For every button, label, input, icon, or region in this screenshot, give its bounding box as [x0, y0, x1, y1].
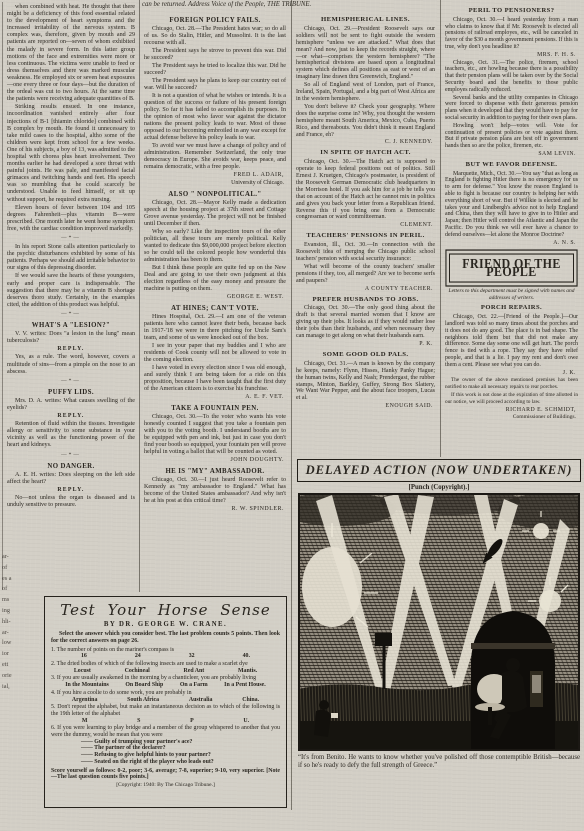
letters-column-2: FOREIGN POLICY FAILS.Chicago, Oct. 28.—T…: [140, 11, 290, 590]
quiz-option: 32: [189, 653, 195, 660]
quiz-question-text: 2. The dried bodies of which of the foll…: [51, 661, 280, 668]
article-paragraph: Why so early? Like the inspection tours …: [144, 229, 286, 264]
quiz-option: 24: [135, 653, 141, 660]
quiz-question: 5. Don't repeat the alphabet, but make a…: [51, 704, 280, 724]
article-paragraph: No—not unless the organ is diseased and …: [7, 495, 135, 509]
quiz-options-row: ArgentinaSouth AfricaAustraliaChina.: [51, 697, 280, 704]
article-paragraph: Chicago, Oct. 31.—The police, firemen, s…: [445, 60, 578, 94]
section-divider: —*—: [7, 452, 135, 459]
quiz-option: S: [137, 718, 140, 725]
cartoon-headline: DELAYED ACTION (NOW UNDERTAKEN): [297, 459, 581, 482]
chair: [530, 671, 543, 707]
article-heading: HEMISPHERICAL LINES.: [296, 17, 435, 24]
article-paragraph: So all of England west of London, part o…: [296, 82, 435, 103]
article-paragraph: V. V. writes: Does "a lesion in the lung…: [7, 331, 135, 345]
quiz-option: China.: [242, 697, 259, 704]
quiz-options-row: MSPU.: [51, 718, 280, 725]
article-paragraph: Howling won't help—votes will. Vote for …: [445, 123, 578, 150]
scan-edge-fragment: ar-: [2, 552, 42, 563]
article-paragraph: Hines Hospital, Oct. 29.—I am one of the…: [144, 314, 286, 342]
article-heading: FOREIGN POLICY FAILS.: [144, 17, 286, 24]
article-paragraph: It is not a question of what he wishes o…: [144, 93, 286, 142]
letter-signature: C. J. KENNEDY.: [296, 139, 433, 146]
quiz-options-row: 16243240.: [51, 653, 280, 660]
article-paragraph: Chicago, Oct. 30.—The only good thing ab…: [296, 305, 435, 340]
article-paragraph: Chicago, Oct. 22.—[Friend of the People.…: [445, 314, 578, 368]
letter-signature: GEORGE E. WEST.: [144, 294, 284, 301]
letter-signature: FRED L. ADAIR,: [144, 172, 284, 179]
quiz-byline: BY DR. GEORGE W. CRANE.: [51, 621, 280, 628]
quiz-question: 3. If you are usually awakened in the mo…: [51, 675, 280, 688]
reply-label: REPLY.: [7, 413, 135, 420]
scan-edge-fragment: ior: [2, 649, 42, 660]
article-paragraph: The President says he plans to keep our …: [144, 78, 286, 92]
scan-edge-fragment: low: [2, 638, 42, 649]
article-paragraph: To avoid war we must have a change of po…: [144, 143, 286, 171]
article-paragraph: Evanston, Ill., Oct. 30.—In connection w…: [296, 242, 435, 263]
article-paragraph: A. E. H. writes: Does sleeping on the le…: [7, 472, 135, 486]
scan-edge-fragment: ar-: [2, 628, 42, 639]
quiz-option: Red Ant: [183, 668, 204, 675]
article-paragraph: I have voted in every election since I w…: [144, 365, 286, 393]
quiz-option: On a Farm: [180, 682, 208, 689]
scan-edge-fragment: ial,: [2, 682, 42, 693]
quiz-question: 1. The number of points on the mariner's…: [51, 647, 280, 660]
letter-signature: RICHARD E. SCHMIDT,: [445, 407, 576, 414]
quiz-question-text: 3. If you are usually awakened in the mo…: [51, 675, 280, 682]
article-heading: SOME GOOD OLD PALS.: [296, 352, 435, 359]
letters-column-3: HEMISPHERICAL LINES.Chicago, Oct. 29.—Pr…: [292, 11, 439, 456]
quiz-instructions: Select the answer which you consider bes…: [51, 631, 280, 645]
quiz-question-text: 6. If you were learning to play bridge a…: [51, 725, 280, 738]
letter-signature: R. W. SPINDLER.: [144, 506, 284, 513]
section-divider: —*—: [7, 235, 135, 242]
cartoon-credit: [Punch (Copyright).]: [296, 484, 582, 491]
article-heading: AT HINES; CAN'T VOTE.: [144, 305, 286, 312]
letter-signature: CLEMENT.: [296, 222, 433, 229]
quiz-question: 2. The dried bodies of which of the foll…: [51, 661, 280, 674]
quiz-question-text: 4. If you hire a coolie to do some work,…: [51, 690, 280, 697]
article-paragraph: Mrs. D. A. writes: What causes swelling …: [7, 398, 135, 412]
letter-signature: JOHN DOUGHTY.: [144, 457, 284, 464]
official-reply-paragraph: The owner of the above mentioned premise…: [445, 377, 578, 391]
official-reply-paragraph: If this work is not done at the expirati…: [445, 392, 578, 406]
article-paragraph: Chicago, Oct. 31.—A man is known by the …: [296, 361, 435, 402]
scan-edge-fragment: of: [2, 563, 42, 574]
article-heading: ALSO " NONPOLITICAL.": [144, 191, 286, 198]
quiz-option: P: [190, 718, 194, 725]
reply-label: REPLY.: [7, 487, 135, 494]
quiz-suboption: —— The partner of the declarer?: [51, 745, 280, 752]
article-heading: NO DANGER.: [7, 463, 135, 470]
letter-signature: MRS. F. H. S.: [445, 52, 576, 59]
quiz-option: 40.: [243, 653, 250, 660]
article-paragraph: Yes, as a rule. The word, however, cover…: [7, 354, 135, 375]
article-paragraph: If we would save the hearts of these you…: [7, 273, 135, 308]
article-paragraph: The President says he strove to prevent …: [144, 48, 286, 62]
article-heading: PORCH REPAIRS.: [445, 305, 578, 312]
article-paragraph: Chicago, Oct. 30.—To the voter who wants…: [144, 414, 286, 456]
quiz-option: M: [82, 718, 88, 725]
cartoon-caption: “It's from Benito. He wants to know whet…: [298, 754, 580, 770]
article-heading: HE IS "MY" AMBASSADOR.: [144, 468, 286, 475]
section-divider: —*—: [7, 311, 135, 318]
article-paragraph: Striking results ensued. In one instance…: [7, 104, 135, 203]
letter-signature: SAM LEVIN.: [445, 151, 576, 158]
scan-edge-fragments: ar-ofes aofmsinghli-ar-lowiorettorieial,: [0, 552, 42, 692]
quiz-suboption: —— Guilty of trumping your partner's ace…: [51, 739, 280, 746]
quiz-options-row: In the MountainsOn Board ShipOn a FarmIn…: [51, 682, 280, 689]
article-paragraph: Retention of fluid within the tissues. I…: [7, 421, 135, 449]
quiz-options-row: LocustCochinealRed AntMantis.: [51, 668, 280, 675]
scan-edge-fragment: ett: [2, 660, 42, 671]
health-column: when combined with heat. He thought that…: [2, 2, 139, 590]
quiz-suboption: —— Refusing to give helpful hints to you…: [51, 752, 280, 759]
article-heading: IN SPITE OF HATCH ACT.: [296, 150, 435, 157]
letter-signature: A. E. F. VET.: [144, 394, 284, 401]
signature-affiliation: University of Chicago.: [144, 180, 284, 187]
letter-signature: ENOUGH SAID.: [296, 403, 433, 410]
article-paragraph: The President says he tried to localize …: [144, 63, 286, 77]
article-heading: PERIL TO PENSIONERS?: [445, 8, 578, 15]
scan-edge-fragment: ms: [2, 595, 42, 606]
article-paragraph: Chicago, Oct. 28.—The President hates wa…: [144, 26, 286, 47]
quiz-question-list: 1. The number of points on the mariner's…: [51, 647, 280, 766]
article-paragraph: Marquette, Mich., Oct. 30.—You say "that…: [445, 171, 578, 239]
quiz-copyright-line: [Copyright: 1940: By The Chicago Tribune…: [51, 782, 280, 788]
letters-column-4: PERIL TO PENSIONERS?Chicago, Oct. 30.—I …: [441, 2, 582, 456]
quiz-question: 4. If you hire a coolie to do some work,…: [51, 690, 280, 703]
quiz-suboption: —— Seated on the right of the player who…: [51, 759, 280, 766]
quiz-option: In the Mountains: [65, 682, 109, 689]
masthead-runover-line: can be returned. Address Voice of the Pe…: [142, 1, 438, 8]
quiz-option: South Africa: [127, 697, 159, 704]
scan-edge-fragment: orie: [2, 671, 42, 682]
quiz-question: 6. If you were learning to play bridge a…: [51, 725, 280, 765]
article-paragraph: I see in your paper that my buddies and …: [144, 343, 286, 364]
department-rules-note: Letters to this department must be signe…: [447, 288, 576, 302]
scan-edge-fragment: hli-: [2, 617, 42, 628]
article-heading: BUT WE FAVOR DEFENSE.: [445, 162, 578, 169]
quiz-scoring-note: Score yourself as follows: 0-2, poor; 3-…: [51, 768, 280, 781]
quiz-option: On Board Ship: [125, 682, 163, 689]
quiz-option: 16: [81, 653, 87, 660]
newspaper-page: can be returned. Address Voice of the Pe…: [0, 0, 584, 831]
article-heading: TEACHERS' PENSIONS IN PERIL.: [296, 233, 435, 240]
article-heading: TAKE A FOUNTAIN PEN.: [144, 405, 286, 412]
quiz-title: Test Your Horse Sense: [51, 601, 280, 619]
article-paragraph: What will become of the county teachers'…: [296, 264, 435, 285]
quiz-option: Australia: [189, 697, 213, 704]
letter-signature: A COUNTY TEACHER.: [296, 286, 433, 293]
scan-edge-fragment: of: [2, 584, 42, 595]
editorial-cartoon-section: DELAYED ACTION (NOW UNDERTAKEN) [Punch (…: [296, 459, 582, 770]
signature-affiliation: Commissioner of Buildings.: [445, 414, 576, 421]
night-air-raid-cartoon-illustration: [298, 493, 580, 751]
article-heading: PUFFY LIDS.: [7, 389, 135, 396]
scan-edge-fragment: ing: [2, 606, 42, 617]
article-paragraph: Chicago, Oct. 30.—I just heard Roosevelt…: [144, 477, 286, 505]
quiz-option: Mantis.: [238, 668, 257, 675]
quiz-option: Locust: [74, 668, 91, 675]
article-paragraph: You don't believe it? Check your geograp…: [296, 104, 435, 139]
article-heading: WHAT'S A "LESION?": [7, 322, 135, 329]
article-paragraph: when combined with heat. He thought that…: [7, 4, 135, 103]
friend-of-the-people-masthead: FRIEND OF THE PEOPLE: [449, 254, 574, 283]
article-paragraph: Several banks and the utility companies …: [445, 95, 578, 122]
article-paragraph: Eleven hours of fever between 104 and 10…: [7, 205, 135, 233]
scan-edge-fragment: es a: [2, 574, 42, 585]
quiz-question-text: 5. Don't repeat the alphabet, but make a…: [51, 704, 280, 717]
letter-signature: A. N. S.: [445, 240, 576, 247]
letter-signature: J. K.: [445, 370, 576, 377]
article-paragraph: In his report Stone calls attention part…: [7, 244, 135, 272]
horse-sense-quiz-box: Test Your Horse Sense BY DR. GEORGE W. C…: [44, 596, 287, 808]
section-divider: —*—: [7, 378, 135, 385]
article-paragraph: Chicago, Oct. 30.—I heard yesterday from…: [445, 17, 578, 51]
quiz-option: In a Pent House.: [224, 682, 266, 689]
article-paragraph: Chicago, Oct. 30.—The Hatch act is suppo…: [296, 159, 435, 221]
article-paragraph: But I think these people are quite fed u…: [144, 265, 286, 293]
quiz-option: Cochineal: [125, 668, 150, 675]
article-heading: PREFER HUSBANDS TO JOBS.: [296, 297, 435, 304]
quiz-question-text: 1. The number of points on the mariner's…: [51, 647, 280, 654]
reply-label: REPLY.: [7, 346, 135, 353]
quiz-option: U.: [243, 718, 249, 725]
quiz-option: Argentina: [72, 697, 98, 704]
letter-signature: P. K.: [296, 341, 433, 348]
article-paragraph: Chicago, Oct. 29.—President Roosevelt sa…: [296, 26, 435, 81]
article-paragraph: Chicago, Oct. 28.—Mayor Kelly made a ded…: [144, 200, 286, 228]
